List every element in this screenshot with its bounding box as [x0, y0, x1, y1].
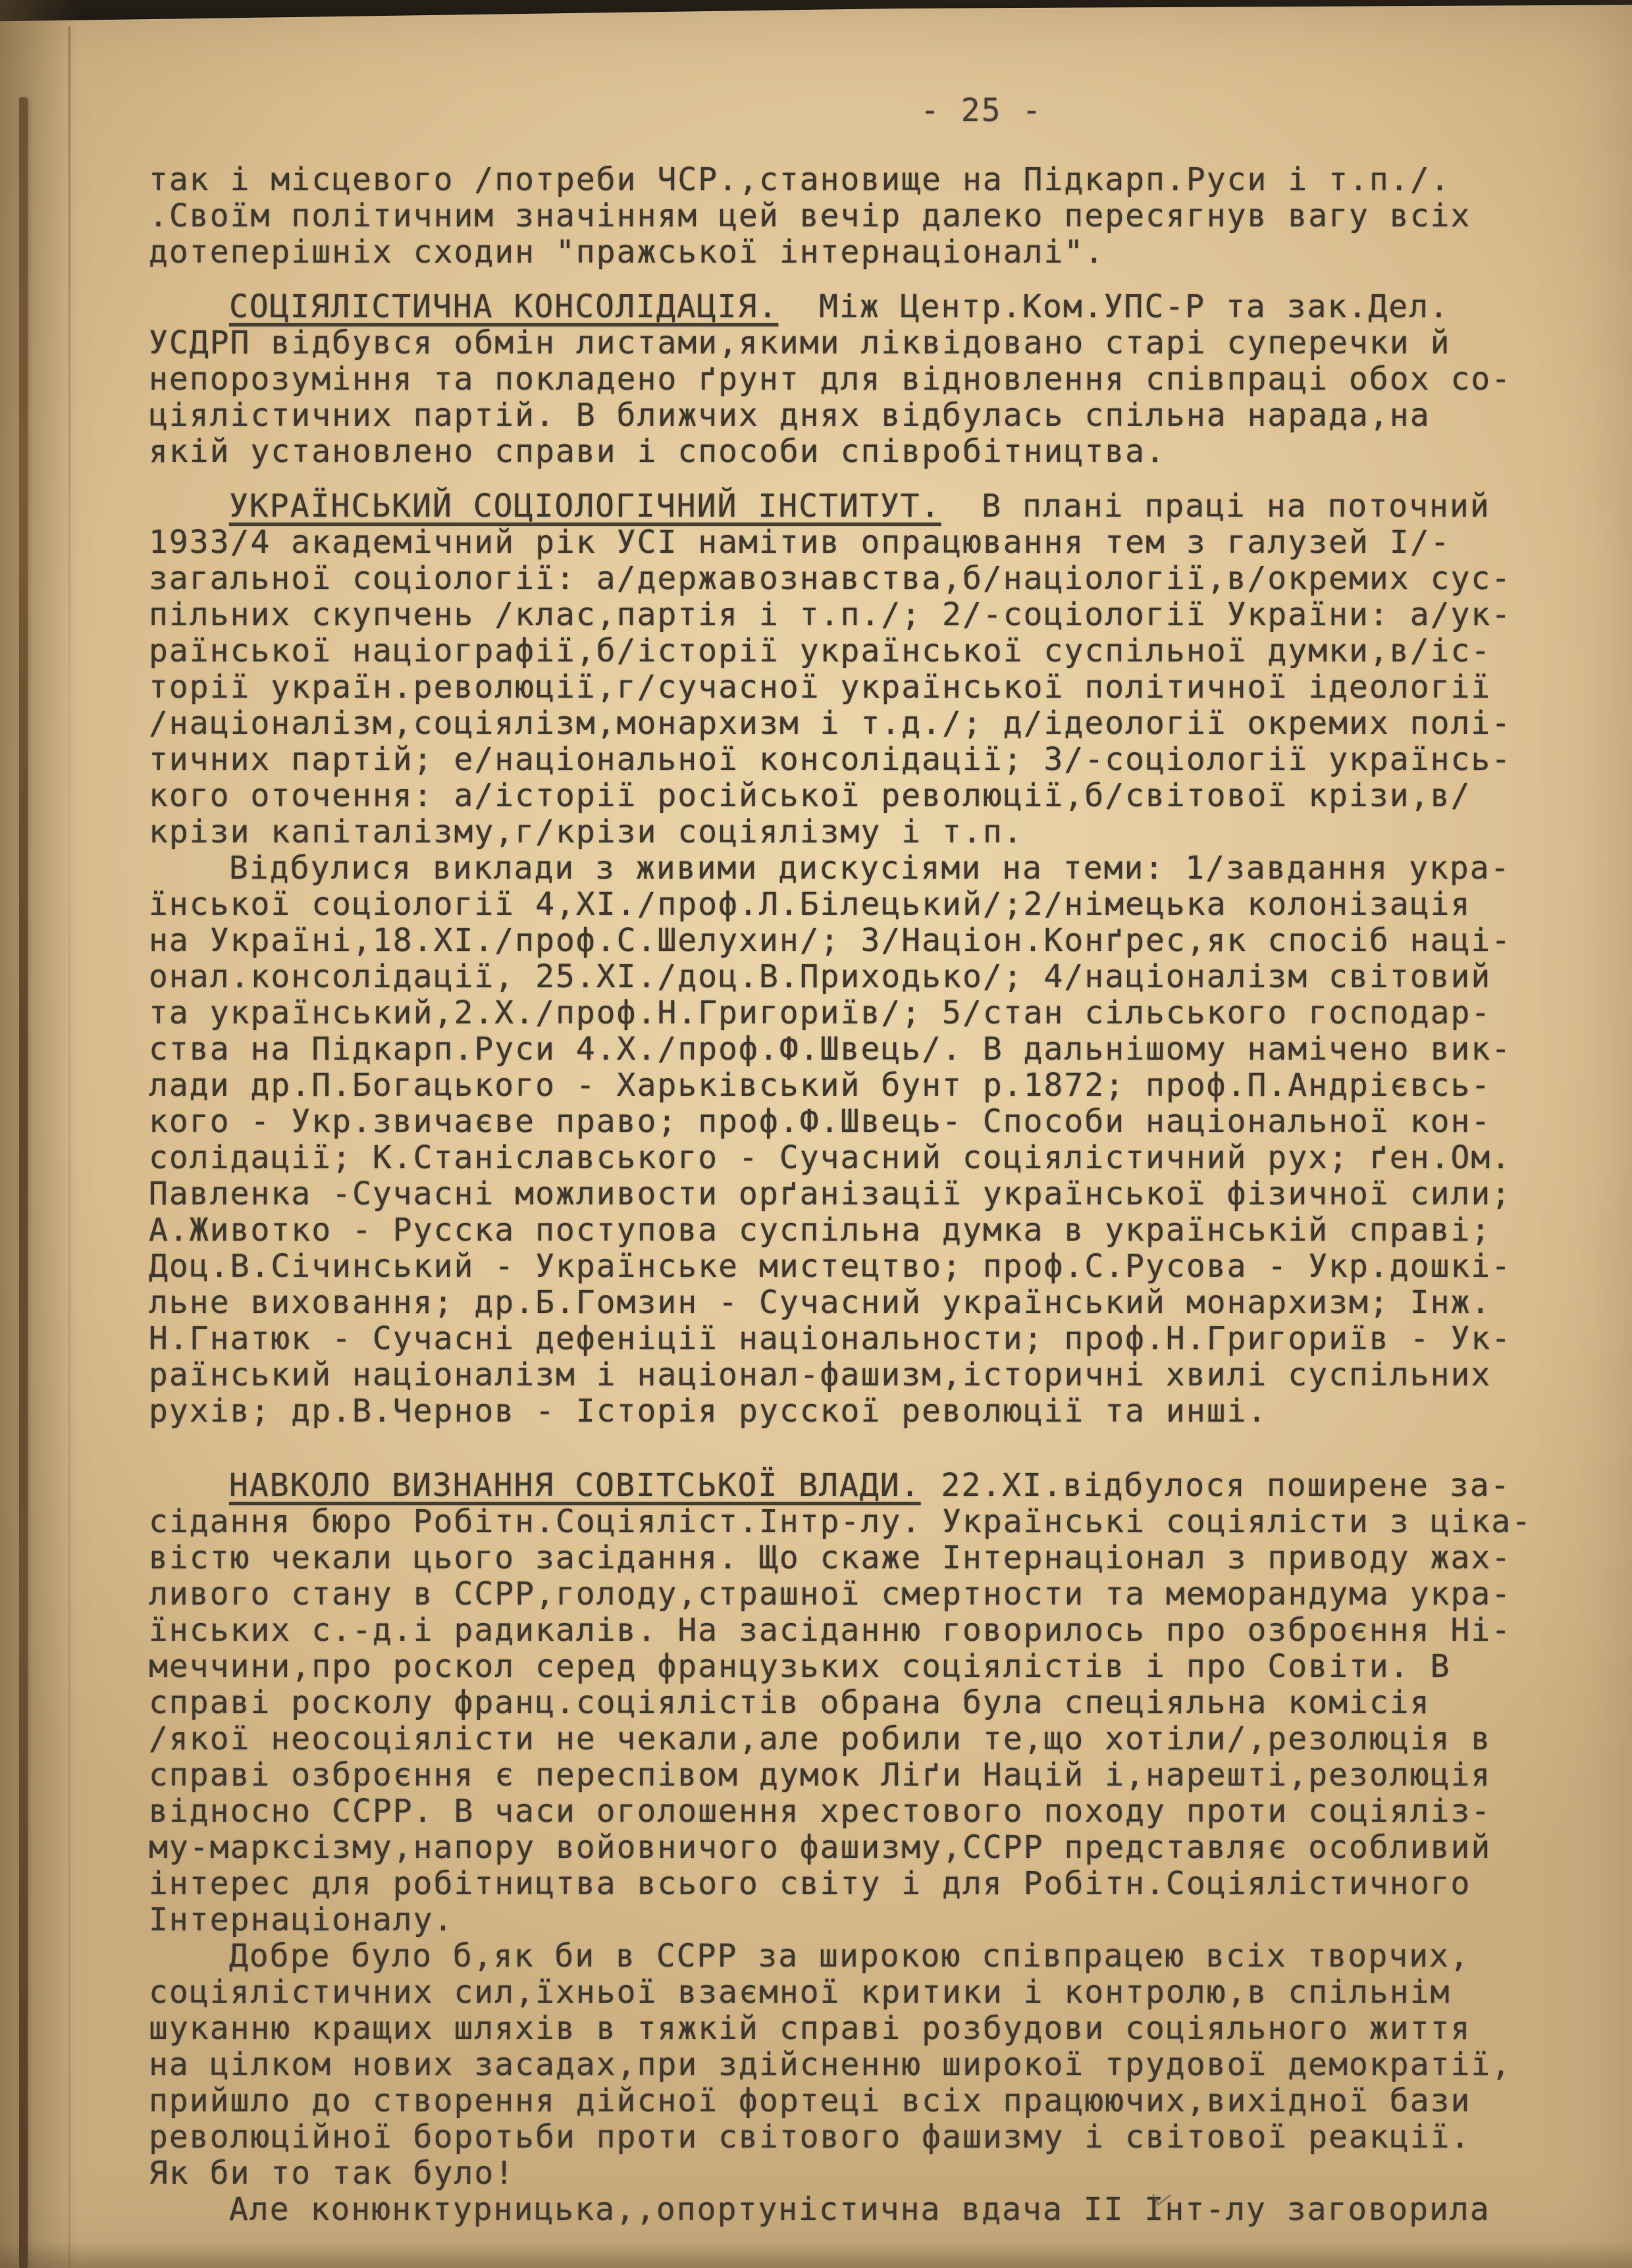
- text-line: Але конюнктурницька,,опортуністична вдач…: [149, 2192, 1584, 2228]
- text-line: соціялістичних сил,їхньої взаємної крити…: [149, 1974, 1584, 2011]
- text-line: .Своїм політичним значінням цей вечір да…: [149, 198, 1584, 234]
- page-bottom-shading: [0, 2242, 1632, 2268]
- text-line: відносно ССРР. В часи оголошення хрестов…: [149, 1793, 1584, 1830]
- text-line: непорозуміння та покладено ґрунт для від…: [149, 361, 1584, 398]
- text-line: солідації; К.Станіславського - Сучасний …: [149, 1140, 1584, 1176]
- text-line: Доц.В.Січинський - Українське мистецтво;…: [149, 1249, 1584, 1285]
- paragraph: Але конюнктурницька,,опортуністична вдач…: [149, 2192, 1584, 2228]
- text-line: раїнський націоналізм і націонал-фашизм,…: [149, 1357, 1584, 1393]
- page-text: так і місцевого /потреби ЧСР.,становище …: [149, 162, 1584, 2228]
- text-line: тичних партій; е/національної консолідац…: [149, 742, 1584, 778]
- text-line: кого - Укр.звичаєве право; проф.Ф.Швець-…: [149, 1104, 1584, 1140]
- text-line: /націоналізм,соціялізм,монархизм і т.д./…: [149, 706, 1584, 742]
- text-line: справі озброєння є переспівом думок Ліґи…: [149, 1757, 1584, 1793]
- text-line: Павленка -Сучасні можливости орґанізації…: [149, 1176, 1584, 1212]
- text-line: онал.консолідації, 25.XI./доц.В.Приходьк…: [149, 959, 1584, 995]
- text-line: інтерес для робітництва всього світу і д…: [149, 1866, 1584, 1902]
- text-line: так і місцевого /потреби ЧСР.,становище …: [149, 162, 1584, 198]
- scanned-typescript-page: - 25 - так і місцевого /потреби ЧСР.,ста…: [0, 0, 1632, 2268]
- section-heading: УКРАЇНСЬКИЙ СОЦІОЛОГІЧНИЙ ІНСТИТУТ.: [229, 488, 941, 525]
- text-line: на Україні,18.XI./проф.С.Шелухин/; 3/Нац…: [149, 923, 1584, 959]
- paragraph: УКРАЇНСЬКИЙ СОЦІОЛОГІЧНИЙ ІНСТИТУТ. В пл…: [149, 488, 1584, 850]
- text-line: загальної соціології: а/державознавства,…: [149, 561, 1584, 597]
- text-line: Н.Гнатюк - Сучасні дефеніції національно…: [149, 1321, 1584, 1357]
- section-heading: НАВКОЛО ВИЗНАННЯ СОВІТСЬКОЇ ВЛАДИ.: [229, 1467, 921, 1504]
- text-line: революційної боротьби проти світового фа…: [149, 2119, 1584, 2155]
- text-line: меччини,про роскол серед французьких соц…: [149, 1649, 1584, 1685]
- text-line: кого оточення: а/історії російської рево…: [149, 778, 1584, 814]
- text-line: пільних скупчень /клас,партія і т.п./; 2…: [149, 597, 1584, 633]
- text-line: 1933/4 академічний рік УСІ намітив опрац…: [149, 525, 1584, 561]
- text-line: Відбулися виклади з живими дискусіями на…: [149, 850, 1584, 887]
- page-number: - 25 -: [920, 92, 1042, 129]
- paragraph: так і місцевого /потреби ЧСР.,становище …: [149, 162, 1584, 271]
- text-line: А.Животко - Русска поступова суспільна д…: [149, 1212, 1584, 1249]
- binding-hairline: [68, 26, 70, 2268]
- text-line: УСДРП відбувся обмін листами,якими лікві…: [149, 325, 1584, 361]
- text-line: льне виховання; др.Б.Гомзин - Сучасний у…: [149, 1285, 1584, 1321]
- text-line: їнської соціології 4,XI./проф.Л.Білецьки…: [149, 887, 1584, 923]
- text-line: вістю чекали цього засідання. Що скаже І…: [149, 1540, 1584, 1576]
- text-line: Як би то так було!: [149, 2155, 1584, 2192]
- text-line: дотеперішніх сходин "пражської інтернаці…: [149, 234, 1584, 271]
- text-line: раїнської націографії,б/історії українсь…: [149, 633, 1584, 669]
- text-line: лади др.П.Богацького - Харьківський бунт…: [149, 1068, 1584, 1104]
- paragraph: Відбулися виклади з живими дискусіями на…: [149, 850, 1584, 1430]
- page-left-shading: [0, 0, 79, 2268]
- text-line: /якої неосоціялісти не чекали,але робили…: [149, 1721, 1584, 1757]
- paragraph: НАВКОЛО ВИЗНАННЯ СОВІТСЬКОЇ ВЛАДИ. 22.XI…: [149, 1468, 1584, 1938]
- text-line: справі росколу франц.соціялістів обрана …: [149, 1685, 1584, 1721]
- text-line: сідання бюро Робітн.Соціяліст.Інтр-лу. У…: [149, 1504, 1584, 1540]
- text-line: му-марксізму,напору войовничого фашизму,…: [149, 1830, 1584, 1866]
- text-line: крізи капіталізму,г/крізи соціялізму і т…: [149, 814, 1584, 850]
- text-line: якій установлено справи і способи співро…: [149, 434, 1584, 470]
- text-line: на цілком нових засадах,при здійсненню ш…: [149, 2047, 1584, 2083]
- text-line: ливого стану в ССРР,голоду,страшної смер…: [149, 1576, 1584, 1612]
- text-line: ціялістичних партій. В ближчих днях відб…: [149, 398, 1584, 434]
- text-line: УКРАЇНСЬКИЙ СОЦІОЛОГІЧНИЙ ІНСТИТУТ. В пл…: [149, 488, 1584, 525]
- text-line: Добре було б,як би в ССРР за широкою спі…: [149, 1938, 1584, 1974]
- text-line: СОЦІЯЛІСТИЧНА КОНСОЛІДАЦІЯ. Між Центр.Ко…: [149, 289, 1584, 325]
- scan-edge-top: [0, 0, 1632, 22]
- text-line: та український,2.X./проф.Н.Григориїв/; 5…: [149, 995, 1584, 1031]
- paragraph: Добре було б,як би в ССРР за широкою спі…: [149, 1938, 1584, 2192]
- paragraph: СОЦІЯЛІСТИЧНА КОНСОЛІДАЦІЯ. Між Центр.Ко…: [149, 289, 1584, 470]
- binding-crease-line: [19, 97, 28, 2268]
- text-line: рухів; др.В.Чернов - Історія русскої рев…: [149, 1393, 1584, 1430]
- text-line: ства на Підкарп.Руси 4.X./проф.Ф.Швець/.…: [149, 1031, 1584, 1068]
- text-line: шуканню кращих шляхів в тяжкій справі ро…: [149, 2011, 1584, 2047]
- text-line: прийшло до створення дійсної фортеці всі…: [149, 2083, 1584, 2119]
- text-line: торії україн.революції,г/сучасної україн…: [149, 669, 1584, 706]
- text-line: НАВКОЛО ВИЗНАННЯ СОВІТСЬКОЇ ВЛАДИ. 22.XI…: [149, 1468, 1584, 1504]
- text-line: їнських с.-д.і радикалів. На засіданню г…: [149, 1612, 1584, 1649]
- text-line: Інтернаціоналу.: [149, 1902, 1584, 1938]
- section-heading: СОЦІЯЛІСТИЧНА КОНСОЛІДАЦІЯ.: [229, 288, 778, 325]
